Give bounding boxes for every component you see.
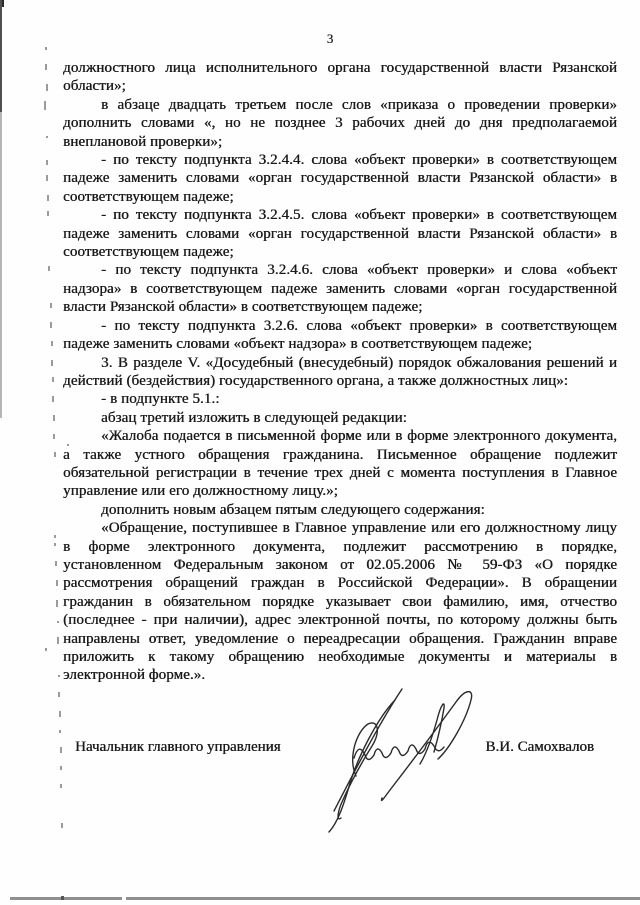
scan-speck <box>52 396 54 402</box>
scan-speck <box>60 766 62 770</box>
document-paragraph: 3. В разделе V. «Досудебный (внесудебный… <box>63 354 617 391</box>
scan-speck <box>46 160 48 165</box>
scan-speck <box>53 415 55 421</box>
scan-speck <box>54 452 56 457</box>
scan-speck <box>46 136 48 138</box>
scan-speck <box>45 64 47 70</box>
scan-speck <box>53 434 55 439</box>
scan-speck <box>51 360 53 366</box>
document-paragraph: - по тексту подпункта 3.2.4.4. слова «об… <box>63 151 617 206</box>
document-paragraph: «Обращение, поступившее в Главное управл… <box>63 519 617 685</box>
scan-speck <box>60 747 62 753</box>
scan-speck <box>51 341 53 346</box>
document-paragraph: в абзаце двадцать третьем после слов «пр… <box>63 96 617 151</box>
scan-speck <box>54 543 56 546</box>
document-body: должностного лица исполнительного органа… <box>63 59 617 685</box>
scan-speck <box>46 175 48 181</box>
scan-speck <box>56 600 58 607</box>
scan-speck <box>45 648 47 651</box>
scan-speck <box>55 561 57 566</box>
document-paragraph: - по тексту подпункта 3.2.6. слова «объе… <box>63 317 617 354</box>
scan-speck <box>44 101 46 110</box>
scan-speck <box>56 580 58 586</box>
scan-speck <box>50 303 52 308</box>
document-page: 3 должностного лица исполнительного орга… <box>0 0 640 905</box>
document-paragraph: дополнить новым абзацем пятым следующего… <box>63 501 617 519</box>
scan-speck <box>47 195 49 201</box>
signatory-name: В.И. Самохвалов <box>478 739 594 756</box>
scan-speck <box>48 266 50 271</box>
scan-edge-artifact <box>0 0 2 112</box>
signatory-title: Начальник главного управления <box>75 739 280 756</box>
scan-speck <box>57 621 59 623</box>
document-paragraph: абзац третий изложить в следующей редакц… <box>63 409 617 427</box>
scan-speck <box>67 444 69 446</box>
document-paragraph: - по тексту подпункта 3.2.4.6. слова «об… <box>63 261 617 316</box>
scan-edge-artifact <box>0 112 2 418</box>
signature-autograph <box>298 680 482 842</box>
scan-speck <box>58 675 60 677</box>
scan-speck <box>46 84 48 91</box>
document-paragraph: «Жалоба подается в письменной форме или … <box>63 427 617 501</box>
document-paragraph: - в подпункте 5.1.: <box>63 390 617 408</box>
scan-speck <box>59 730 61 733</box>
scan-speck <box>45 47 47 50</box>
scan-speck <box>50 322 52 328</box>
scan-speck <box>61 823 63 828</box>
scan-edge-artifact <box>10 897 122 900</box>
document-paragraph: - по тексту подпункта 3.2.4.5. слова «об… <box>63 206 617 261</box>
scan-edge-artifact <box>126 897 640 900</box>
page-number: 3 <box>0 31 640 47</box>
scan-edge-artifact <box>61 896 64 900</box>
scan-speck <box>58 692 60 697</box>
scan-speck <box>57 637 59 644</box>
scan-speck <box>52 377 54 382</box>
scan-speck <box>60 784 62 788</box>
scan-speck <box>54 535 56 538</box>
scan-speck <box>47 211 49 216</box>
scan-speck <box>59 711 61 717</box>
document-paragraph: должностного лица исполнительного органа… <box>63 59 617 96</box>
